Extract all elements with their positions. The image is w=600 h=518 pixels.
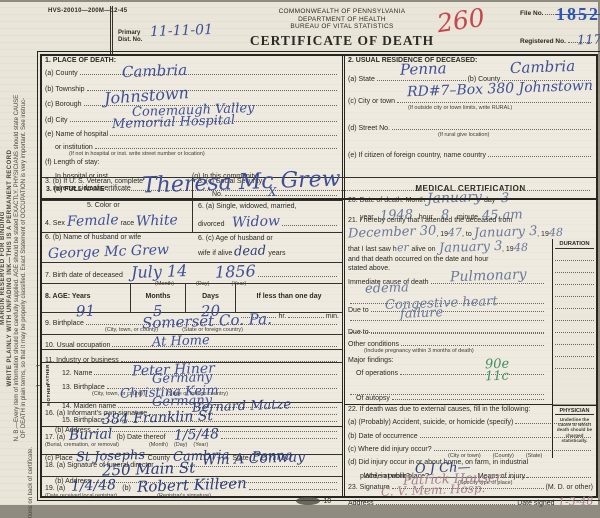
scanned-certificate-paper: MARGIN RESERVED FOR BINDING WRITE PLAINL… <box>0 2 598 505</box>
birthdate-year-value: 1856 <box>215 263 256 280</box>
spouse-age-value: dead <box>234 244 267 258</box>
occupation-value: At Home <box>152 334 210 349</box>
physician-note-box: PHYSICIAN Underline the cause to which d… <box>552 406 596 458</box>
birthplace-row: 9. Birthplace Somerset Co. Pa. (City, to… <box>42 313 342 335</box>
duration-blank-line <box>555 357 594 369</box>
place-of-death-section: 1. PLACE OF DEATH: (a) County Cambria (b… <box>42 56 342 154</box>
operations-label: Of operations <box>356 370 398 377</box>
residence-state-value: Penna <box>400 61 447 78</box>
dotted-line <box>221 428 337 439</box>
residence-street-note: (If rural give location) <box>438 132 489 138</box>
margin-line: MARGIN RESERVED FOR BINDING <box>0 18 7 518</box>
registered-no-value: 117 <box>577 34 600 48</box>
disposal-num: 17. (a) <box>45 434 65 441</box>
signature-cap: (M. D. or other) <box>546 484 593 491</box>
left-column: 1. PLACE OF DEATH: (a) County Cambria (b… <box>42 56 345 496</box>
director-row: 18. (a) Signature of funeral director Wm… <box>42 455 342 477</box>
attended-y1-value: 47 <box>448 227 462 238</box>
org-line: DEPARTMENT OF HEALTH <box>232 16 452 24</box>
dotted-line <box>392 389 544 400</box>
duration-blank-line <box>555 285 594 297</box>
lastsaw-y3-value: 48 <box>513 242 527 253</box>
primary-district-label: Primary Dist. No. <box>118 30 142 44</box>
registrar-num: 19. (a) <box>45 485 65 492</box>
org-lines: COMMONWEALTH OF PENNSYLVANIA DEPARTMENT … <box>232 8 452 31</box>
place-county-value: Cambria <box>122 63 188 80</box>
due1-label: Due to <box>348 307 369 314</box>
full-name-label: 3. (a) FULL NAME <box>46 186 105 193</box>
father-birthplace-label: 13. Birthplace <box>62 384 105 391</box>
full-name-row: 3. (a) FULL NAME Theresa Mc Grew <box>42 177 596 200</box>
code-value-2: 11c <box>485 370 509 384</box>
age-label: 8. AGE: Years <box>45 293 91 300</box>
place-title: 1. PLACE OF DEATH: <box>45 57 116 64</box>
duration-blank-line <box>555 309 594 321</box>
sex-color-marital-row: 5. Color or 4. Sex Female race White 6. … <box>42 201 342 233</box>
attended-to-label: , to <box>462 231 472 238</box>
birthplace-value: Somerset Co. Pa. <box>142 312 272 332</box>
due-to-2-row: Due to <box>345 322 549 334</box>
age-months-label: Months <box>146 293 171 300</box>
place-hospital-label2: or institution <box>55 144 93 151</box>
margin-line: tions on back of certificate. <box>28 18 35 518</box>
lastsaw-alive-label: alive on <box>411 246 435 253</box>
place-county-label: (a) County <box>45 70 78 77</box>
registrar-date-value: 1/4/48 <box>71 478 117 494</box>
external-c-cap-3: (State) <box>526 453 543 459</box>
findings-label: Major findings: <box>348 357 546 364</box>
right-column: 2. USUAL RESIDENCE OF DECEASED: (a) Stat… <box>345 56 596 496</box>
race-label: race <box>120 220 134 227</box>
attended-y2-value: 48 <box>549 227 563 238</box>
disposal-cap-m: (Month) <box>149 442 168 448</box>
other-conditions-row: Other conditions (Include pregnancy with… <box>345 334 549 356</box>
due-to-1-row: Due to Congestive heart failure <box>345 300 549 322</box>
duration-blank-line <box>555 321 594 333</box>
external-c-label: (c) Where did injury occur? <box>348 446 432 453</box>
binding-margin-text: MARGIN RESERVED FOR BINDING WRITE PLAINL… <box>0 18 36 518</box>
marital-label-1: 6. (a) Single, widowed, married, <box>198 203 339 210</box>
physician-box-note: Underline the cause to which death shoul… <box>555 417 594 443</box>
org-line: BUREAU OF VITAL STATISTICS <box>232 23 452 31</box>
age-less-label: If less than one day <box>257 293 322 300</box>
attended-19b: , 19 <box>537 231 549 238</box>
length-of-stay-label: (f) Length of stay: <box>45 159 99 166</box>
date-signed-label: Date signed <box>517 500 554 507</box>
dotted-line <box>249 479 337 490</box>
date-signed-value: 1-3-48 <box>557 495 593 507</box>
attended-line-1: 21. I hereby certify that I attended the… <box>348 217 593 224</box>
residence-city-note: (If outside city or town limits, write R… <box>408 105 512 111</box>
father-name-label: 12. Name <box>62 370 92 377</box>
physician-address-value: C. V. Mem. Hosp. <box>381 482 486 498</box>
informant-address-value: 384 Franklin St <box>102 409 213 427</box>
lastsaw-19c: , 19 <box>502 246 514 253</box>
occupation-label: 10. Usual occupation <box>45 342 110 349</box>
dotted-line <box>371 323 544 334</box>
spouse-age-label-2: wife if alive <box>198 250 232 257</box>
father-brace: } <box>36 364 41 366</box>
disposal-date-value: 1/5/48 <box>173 428 219 444</box>
certificate-title: CERTIFICATE OF DEATH <box>217 33 467 49</box>
attended-to-value: January 3 <box>474 225 538 240</box>
autopsy-label: Of autopsy <box>356 395 390 402</box>
place-hospital-note: (If not in hospital or inst. write stree… <box>69 151 205 157</box>
birthdate-row: 7. Birth date of deceased July 14 1856 (… <box>42 263 342 284</box>
cause-value-1: Pulmonary <box>450 268 527 285</box>
residence-street-label: (d) Street No. <box>348 125 390 132</box>
duration-blank-line <box>555 261 594 273</box>
dotted-line <box>121 351 337 362</box>
residence-foreign-label: (e) If citizen of foreign country, name … <box>348 152 486 159</box>
birthdate-label: 7. Birth date of deceased <box>45 272 123 279</box>
form-number: HVS-20010—200M—12-45 <box>48 8 127 14</box>
external-a-label: (a) (Probably) Accident, suicide, or hom… <box>348 419 513 426</box>
red-file-number: 260 <box>435 5 486 36</box>
external-b-label: (b) Date of occurrence <box>348 433 418 440</box>
age-days-label: Days <box>202 293 219 300</box>
registrar-b-label: (b) <box>122 485 131 492</box>
dotted-line <box>392 119 591 130</box>
father-side-label: FATHER <box>45 364 50 385</box>
disposal-cap-y: (Year) <box>193 442 208 448</box>
union-mark-number: -10 <box>321 498 331 505</box>
lastsaw-her: er <box>396 242 408 253</box>
union-oval-icon <box>296 497 320 505</box>
birthplace-label: 9. Birthplace <box>45 320 84 327</box>
physician-signature-row: 23. Signature (M. D. or other) Patrick H… <box>345 477 596 496</box>
primary-label-line: Dist. No. <box>118 37 142 44</box>
duration-column: DURATION <box>552 239 596 406</box>
dotted-line <box>94 364 337 375</box>
due1-value-2: failure <box>400 306 444 320</box>
director-value: Wm A Conway <box>202 450 306 468</box>
lastsaw-label: that I last saw h <box>348 246 397 253</box>
duration-blank-line <box>555 345 594 357</box>
mother-brace: } <box>36 384 41 386</box>
residence-section: 2. USUAL RESIDENCE OF DECEASED: (a) Stat… <box>345 56 596 154</box>
age-row: 8. AGE: Years 91 Months 5 Days 20 If les… <box>42 284 342 313</box>
primary-district-value: 11-11-01 <box>150 23 213 39</box>
residence-state-label: (a) State <box>348 76 375 83</box>
cell-divider <box>192 201 193 232</box>
parents-side-labels: FATHER MOTHER } } <box>41 363 52 402</box>
years-suffix: years <box>268 250 285 257</box>
address-label: Address <box>348 500 374 507</box>
margin-line: N. B.—Every item of information should b… <box>14 18 21 518</box>
registrar-row: 19. (a) 1/4/48 (b) Robert Killeen (Date … <box>42 477 342 496</box>
birthdate-monthday-value: July 14 <box>131 263 188 281</box>
org-line: COMMONWEALTH OF PENNSYLVANIA <box>232 8 452 16</box>
sex-value: Female <box>67 213 119 229</box>
certificate-header: HVS-20010—200M—12-45 Primary Dist. No. 1… <box>42 6 596 54</box>
other-label: Other conditions <box>348 341 399 348</box>
spouse-row: 6. (b) Name of husband or wife George Mc… <box>42 233 342 263</box>
color-label: 5. Color or <box>87 202 120 209</box>
dotted-line <box>488 145 591 156</box>
disposal-value: Burial <box>69 428 113 444</box>
dotted-line <box>400 364 544 375</box>
dotted-line <box>95 138 337 149</box>
parents-block: FATHER MOTHER } } 12. Name Peter Hiner 1… <box>42 363 342 403</box>
spouse-name-value: George Mc Grew <box>48 243 169 261</box>
duration-blank-line <box>555 297 594 309</box>
major-findings-row: Major findings: Of operations 90e 11c <box>345 356 549 388</box>
dotted-line <box>282 215 337 226</box>
place-borough-label: (c) Borough <box>45 101 82 108</box>
disposal-date-label: (b) Date thereof <box>117 434 166 441</box>
attended-from-value: December 30 <box>348 224 437 240</box>
certificate-form: 1. PLACE OF DEATH: (a) County Cambria (b… <box>40 54 598 498</box>
place-township-label: (b) Township <box>45 86 85 93</box>
physician-box-title: PHYSICIAN <box>555 408 594 415</box>
residence-county-value: Cambria <box>510 59 576 76</box>
registrar-signature-value: Robert Killeen <box>137 476 247 495</box>
margin-line: OF DEATH in plain terms, so that it may … <box>21 18 28 518</box>
duration-blank-line <box>555 333 594 345</box>
printers-union-mark: -10 <box>296 497 331 505</box>
primary-label-line: Primary <box>118 30 142 37</box>
registered-no-label: Registered No. <box>520 38 566 45</box>
spouse-age-label-1: 6. (c) Age of husband or <box>198 235 339 242</box>
dotted-line <box>401 335 544 346</box>
file-no-stamp: 1852 <box>556 4 600 25</box>
dotted-line <box>112 336 337 347</box>
file-no-label: File No. <box>520 10 543 17</box>
occupation-row: 10. Usual occupation At Home <box>42 335 342 350</box>
duration-header: DURATION <box>555 241 594 249</box>
dotted-line <box>258 266 337 277</box>
cause-value-2: edema <box>365 281 409 296</box>
lastsaw-value: January 3 <box>438 240 502 255</box>
sex-label: 4. Sex <box>45 220 65 227</box>
color-value: White <box>136 213 178 228</box>
duration-blank-line <box>555 249 594 261</box>
dotted-line <box>80 64 337 75</box>
informant-row: 16. (a) Informant's own signature Bernar… <box>42 403 342 427</box>
place-hospital-label: (e) Name of hospital <box>45 131 108 138</box>
marital-value: Widow <box>232 215 280 231</box>
margin-line: WRITE PLAINLY WITH UNFADING INK—THIS IS … <box>7 18 14 518</box>
marital-label-2: divorced <box>198 221 224 228</box>
autopsy-row: Of autopsy <box>345 388 549 404</box>
duration-blank-line <box>555 273 594 285</box>
attended-19a: , 19 <box>436 231 448 238</box>
other-note: (Include pregnancy within 3 months of de… <box>364 348 474 354</box>
residence-city-label: (c) City or town <box>348 98 395 105</box>
place-city-label: (d) City <box>45 117 68 124</box>
